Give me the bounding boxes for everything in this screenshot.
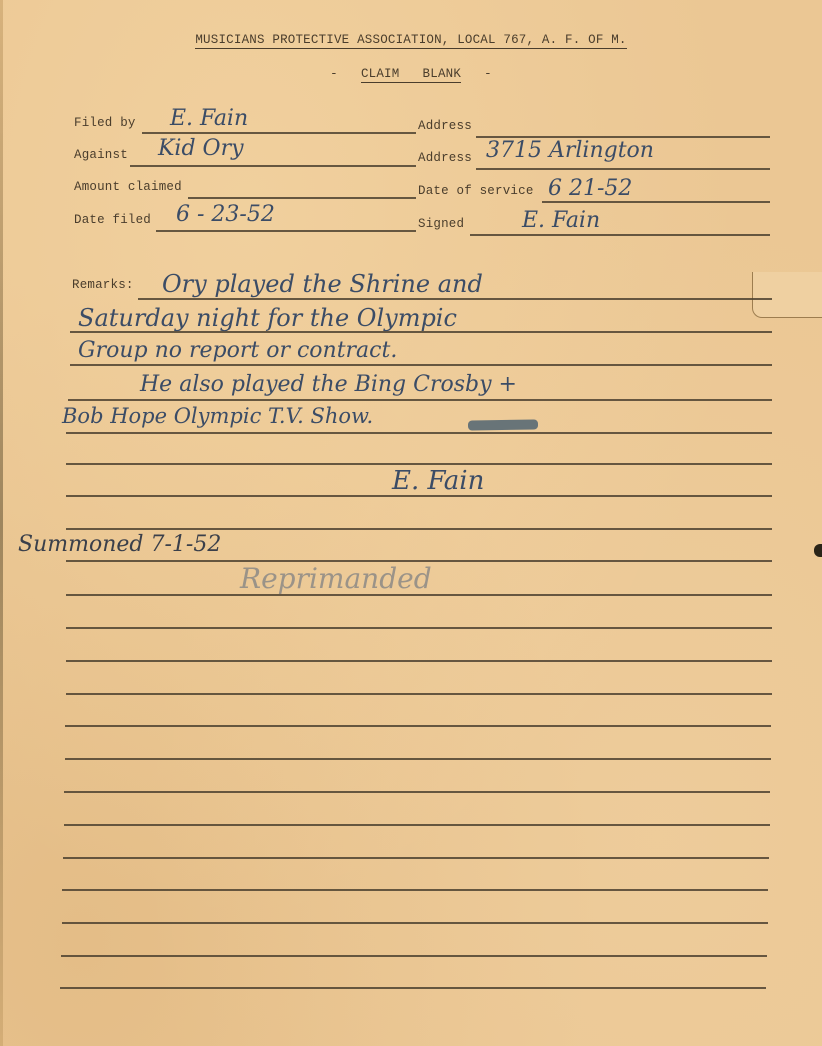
signed-label: Signed: [418, 217, 464, 231]
subtitle-text: CLAIM BLANK: [361, 67, 461, 83]
document-subtitle: - CLAIM BLANK -: [0, 67, 822, 81]
remarks-line-21: [61, 955, 767, 957]
subtitle-dash-right: -: [484, 67, 492, 81]
filed-by-value[interactable]: E. Fain: [170, 106, 248, 131]
subtitle-dash-left: -: [330, 67, 338, 81]
paper-left-edge: [0, 0, 3, 1046]
remarks-text-line-4[interactable]: He also played the Bing Crosby +: [140, 372, 517, 397]
date-of-service-value[interactable]: 6 21-52: [548, 176, 632, 201]
summoned-note[interactable]: Summoned 7-1-52: [18, 532, 221, 557]
amount-claimed-label: Amount claimed: [74, 180, 182, 194]
remarks-line-22: [60, 987, 766, 989]
remarks-text-line-1[interactable]: Ory played the Shrine and: [162, 270, 483, 298]
date-filed-line: [156, 230, 416, 232]
remarks-line-12: [66, 660, 772, 662]
filed-by-line: [142, 132, 416, 134]
against-line: [130, 165, 416, 167]
remarks-text-line-5[interactable]: Bob Hope Olympic T.V. Show.: [62, 404, 373, 428]
signed-line: [470, 234, 770, 236]
remarks-line-18: [63, 857, 769, 859]
date-filed-label: Date filed: [74, 213, 151, 227]
remarks-label: Remarks:: [72, 278, 134, 292]
remarks-line-3: [70, 364, 772, 366]
against-label: Against: [74, 148, 128, 162]
remarks-text-line-3[interactable]: Group no report or contract.: [78, 338, 397, 363]
remarks-signature[interactable]: E. Fain: [392, 466, 484, 496]
remarks-line-14: [65, 725, 771, 727]
crossed-out-signature: [468, 419, 538, 430]
address-1-label: Address: [418, 119, 472, 133]
filed-by-label: Filed by: [74, 116, 136, 130]
paper-notch: [814, 544, 822, 557]
address-2-label: Address: [418, 151, 472, 165]
remarks-line-4: [68, 399, 772, 401]
remarks-line-11: [66, 627, 772, 629]
remarks-line-15: [65, 758, 771, 760]
document-title: MUSICIANS PROTECTIVE ASSOCIATION, LOCAL …: [0, 33, 822, 47]
remarks-line-5: [66, 432, 772, 434]
remarks-text-line-2[interactable]: Saturday night for the Olympic: [78, 304, 457, 332]
amount-claimed-line: [188, 197, 416, 199]
remarks-line-1: [138, 298, 772, 300]
remarks-line-20: [62, 922, 768, 924]
remarks-line-17: [64, 824, 770, 826]
remarks-line-6: [66, 463, 772, 465]
signed-value[interactable]: E. Fain: [522, 208, 600, 233]
claim-blank-document: MUSICIANS PROTECTIVE ASSOCIATION, LOCAL …: [0, 0, 822, 1046]
remarks-line-16: [64, 791, 770, 793]
date-filed-value[interactable]: 6 - 23-52: [176, 202, 275, 227]
paper-tear: [752, 272, 822, 318]
title-text: MUSICIANS PROTECTIVE ASSOCIATION, LOCAL …: [195, 33, 626, 49]
remarks-line-19: [62, 889, 768, 891]
remarks-line-8: [66, 528, 772, 530]
date-of-service-line: [542, 201, 770, 203]
address-2-value[interactable]: 3715 Arlington: [486, 138, 654, 163]
remarks-line-13: [66, 693, 772, 695]
date-of-service-label: Date of service: [418, 184, 534, 198]
against-value[interactable]: Kid Ory: [158, 136, 244, 161]
reprimanded-note[interactable]: Reprimanded: [240, 562, 432, 595]
address-2-line: [476, 168, 770, 170]
